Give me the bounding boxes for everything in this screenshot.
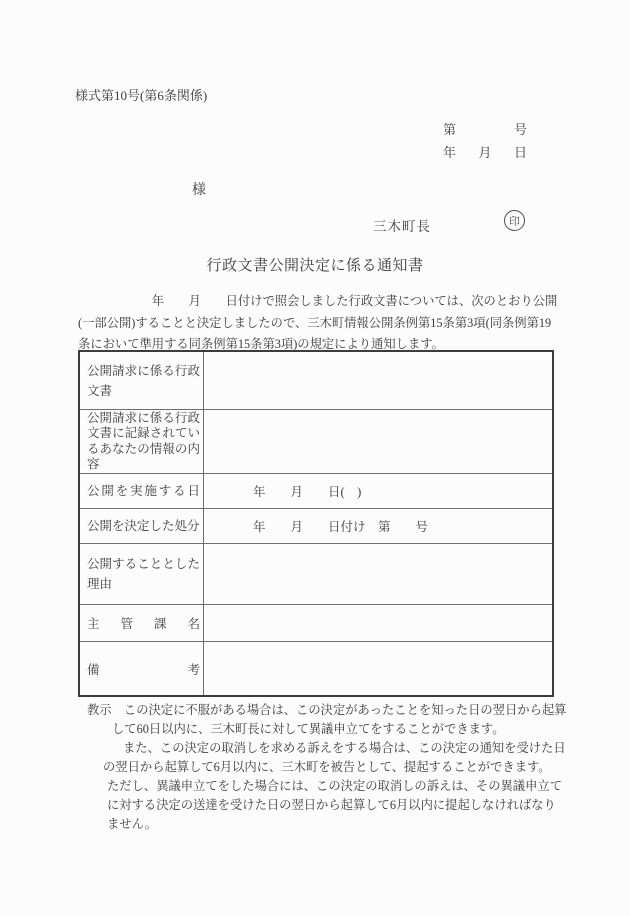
document-number-line: 第 号 (443, 118, 527, 141)
sender-title: 三木町長 (373, 215, 431, 235)
row-value-cell: 年 月 日( ) (204, 474, 552, 508)
document-page: 様式第10号(第6条関係) 第 号 年 月 日 様 三木町長 印 行政文書公開決… (0, 0, 630, 916)
row-label-cell: 主 管 課 名 (80, 605, 204, 641)
notice-line: また、この決定の取消しを求める訴えをする場合は、この決定の通知を受けた日 (123, 739, 566, 758)
details-table: 公開請求に係る行政文書 公開請求に係る行政文書に記録されているあなたの情報の内容… (78, 350, 554, 697)
doc-number-suffix: 号 (514, 118, 527, 141)
table-row: 公開することとした理由 (80, 544, 552, 605)
table-row: 備 考 (80, 642, 552, 695)
row-value-cell (204, 642, 552, 695)
table-row: 公開を実施する日 年 月 日( ) (80, 474, 552, 509)
row-label-char: 備 (87, 660, 100, 678)
notice-line: ません。 (107, 815, 566, 834)
notice-line: 教示 この決定に不服がある場合は、この決定があったことを知った日の翌日から起算 (87, 701, 566, 720)
row-value-cell (204, 544, 552, 604)
row-label-cell: 公開を決定した処分 (80, 509, 204, 543)
intro-line: (一部公開)することと決定しましたので、三木町情報公開条例第15条第3項(同条例… (78, 313, 557, 335)
row-label-char: 課 (154, 614, 167, 632)
row-value-cell (204, 605, 552, 641)
notice-line: に対する決定の送達を受けた日の翌日から起算して6月以内に提起しなければなり (107, 796, 566, 815)
notice-line: の翌日から起算して6月以内に、三木町を被告として、提起することができます。 (103, 758, 566, 777)
document-title: 行政文書公開決定に係る通知書 (0, 254, 630, 275)
row-label-cell: 公開請求に係る行政文書 (80, 352, 204, 409)
appeal-instructions: 教示 この決定に不服がある場合は、この決定があったことを知った日の翌日から起算 … (87, 701, 566, 834)
date-month-label: 月 (478, 141, 491, 164)
form-number: 様式第10号(第6条関係) (75, 85, 207, 104)
row-value-cell: 年 月 日付け 第 号 (204, 509, 552, 543)
seal-label: 印 (509, 213, 520, 229)
notice-line: して60日以内に、三木町長に対して異議申立てをすることができます。 (112, 720, 566, 739)
table-row: 公開請求に係る行政文書 (80, 352, 552, 410)
document-number-block: 第 号 年 月 日 (443, 118, 527, 164)
row-label-char: 名 (187, 614, 200, 632)
row-label-char: 管 (120, 614, 133, 632)
document-date-line: 年 月 日 (443, 141, 527, 164)
row-label: 公開を決定した処分 (87, 516, 200, 536)
row-label-cell: 公開することとした理由 (80, 544, 204, 604)
row-value-cell (204, 352, 552, 409)
notice-line: ただし、異議申立てをした場合には、この決定の取消しの訴えは、その異議申立て (107, 777, 566, 796)
date-year-label: 年 (443, 141, 456, 164)
row-label: 公開することとした理由 (87, 554, 200, 594)
intro-paragraph: 年 月 日付けで照会しました行政文書については、次のとおり公開 (一部公開)する… (78, 291, 557, 356)
row-label-cell: 備 考 (80, 642, 204, 695)
seal-stamp-icon: 印 (504, 210, 525, 231)
row-label-char: 考 (187, 660, 200, 678)
row-label: 公開を実施する日 (87, 481, 200, 501)
row-value-cell (204, 410, 552, 473)
doc-number-prefix: 第 (443, 118, 456, 141)
row-label: 公開請求に係る行政文書に記録されているあなたの情報の内容 (87, 411, 200, 473)
row-label-char: 主 (87, 614, 100, 632)
date-day-label: 日 (514, 141, 527, 164)
table-row: 公開請求に係る行政文書に記録されているあなたの情報の内容 (80, 410, 552, 474)
addressee-honorific: 様 (192, 179, 206, 199)
table-row: 主 管 課 名 (80, 605, 552, 642)
row-label-cell: 公開を実施する日 (80, 474, 204, 508)
row-label: 公開請求に係る行政文書 (87, 361, 200, 401)
row-label-cell: 公開請求に係る行政文書に記録されているあなたの情報の内容 (80, 410, 204, 473)
intro-line: 年 月 日付けで照会しました行政文書については、次のとおり公開 (78, 291, 557, 313)
table-row: 公開を決定した処分 年 月 日付け 第 号 (80, 509, 552, 544)
